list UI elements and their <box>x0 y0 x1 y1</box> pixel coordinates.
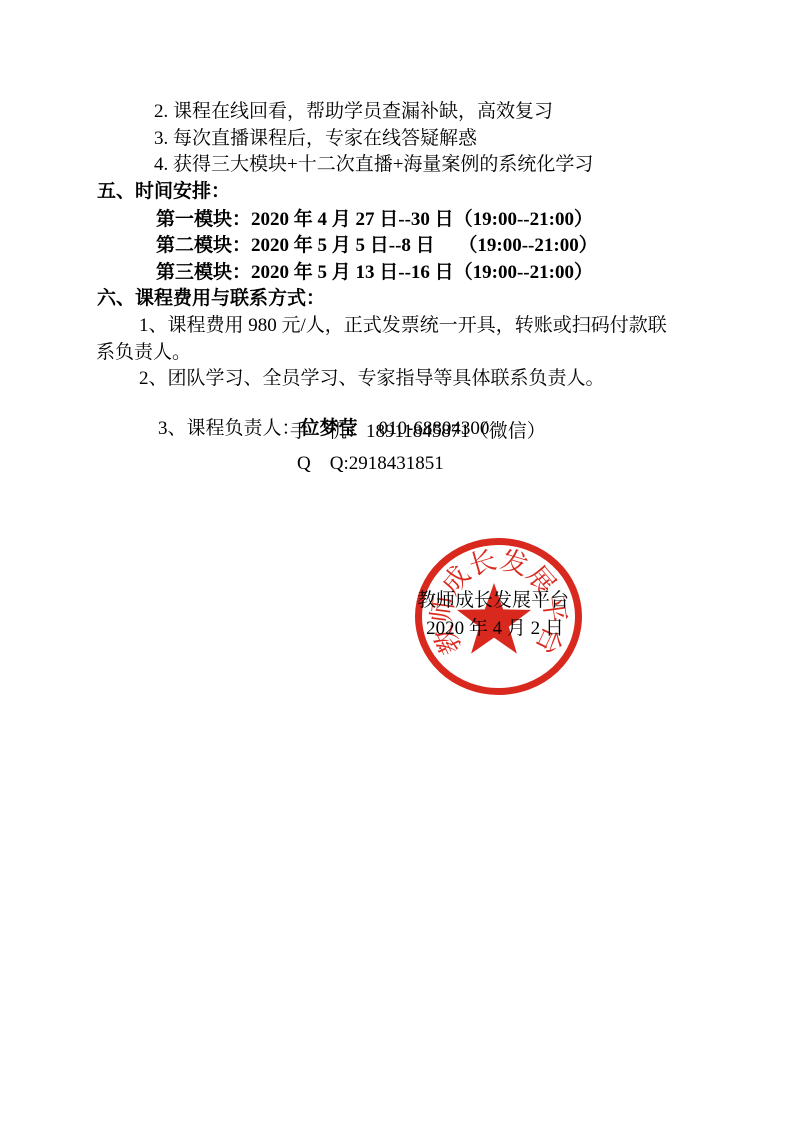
section-6-heading: 六、课程费用与联系方式： <box>97 287 325 311</box>
official-seal: 教 师 成 长 发 展 平 台 <box>414 535 582 696</box>
section-5-heading: 五、时间安排： <box>97 180 230 204</box>
document-page: 2. 课程在线回看，帮助学员查漏补缺，高效复习 3. 每次直播课程后，专家在线答… <box>0 0 793 1122</box>
fee-info-line-1: 1、课程费用 980 元/人，正式发票统一开具，转账或扫码付款联 <box>139 314 667 338</box>
contact-person-label: 3、课程负责人： <box>158 418 301 439</box>
qq-line: Q Q:2918431851 <box>297 452 444 476</box>
seal-ring-char: 教 <box>429 622 468 659</box>
feature-point-2: 2. 课程在线回看，帮助学员查漏补缺，高效复习 <box>154 100 553 124</box>
seal-ring-char: 台 <box>530 622 569 659</box>
seal-star-icon <box>457 583 531 654</box>
mobile-line: 手 机：18911845871（微信） <box>290 420 546 444</box>
feature-point-4: 4. 获得三大模块+十二次直播+海量案例的系统化学习 <box>154 153 593 177</box>
feature-point-3: 3. 每次直播课程后，专家在线答疑解惑 <box>154 127 477 151</box>
fee-info-line-2: 系负责人。 <box>96 341 191 365</box>
seal-ring-char: 师 <box>426 594 459 625</box>
module-1-schedule: 第一模块：2020 年 4 月 27 日--30 日（19:00--21:00） <box>156 208 593 232</box>
seal-ring-char: 平 <box>537 594 570 625</box>
team-learning-line: 2、团队学习、全员学习、专家指导等具体联系负责人。 <box>139 367 605 391</box>
module-3-schedule: 第三模块：2020 年 5 月 13 日--16 日（19:00--21:00） <box>156 261 593 285</box>
module-2-schedule: 第二模块：2020 年 5 月 5 日--8 日 （19:00--21:00） <box>156 234 598 258</box>
